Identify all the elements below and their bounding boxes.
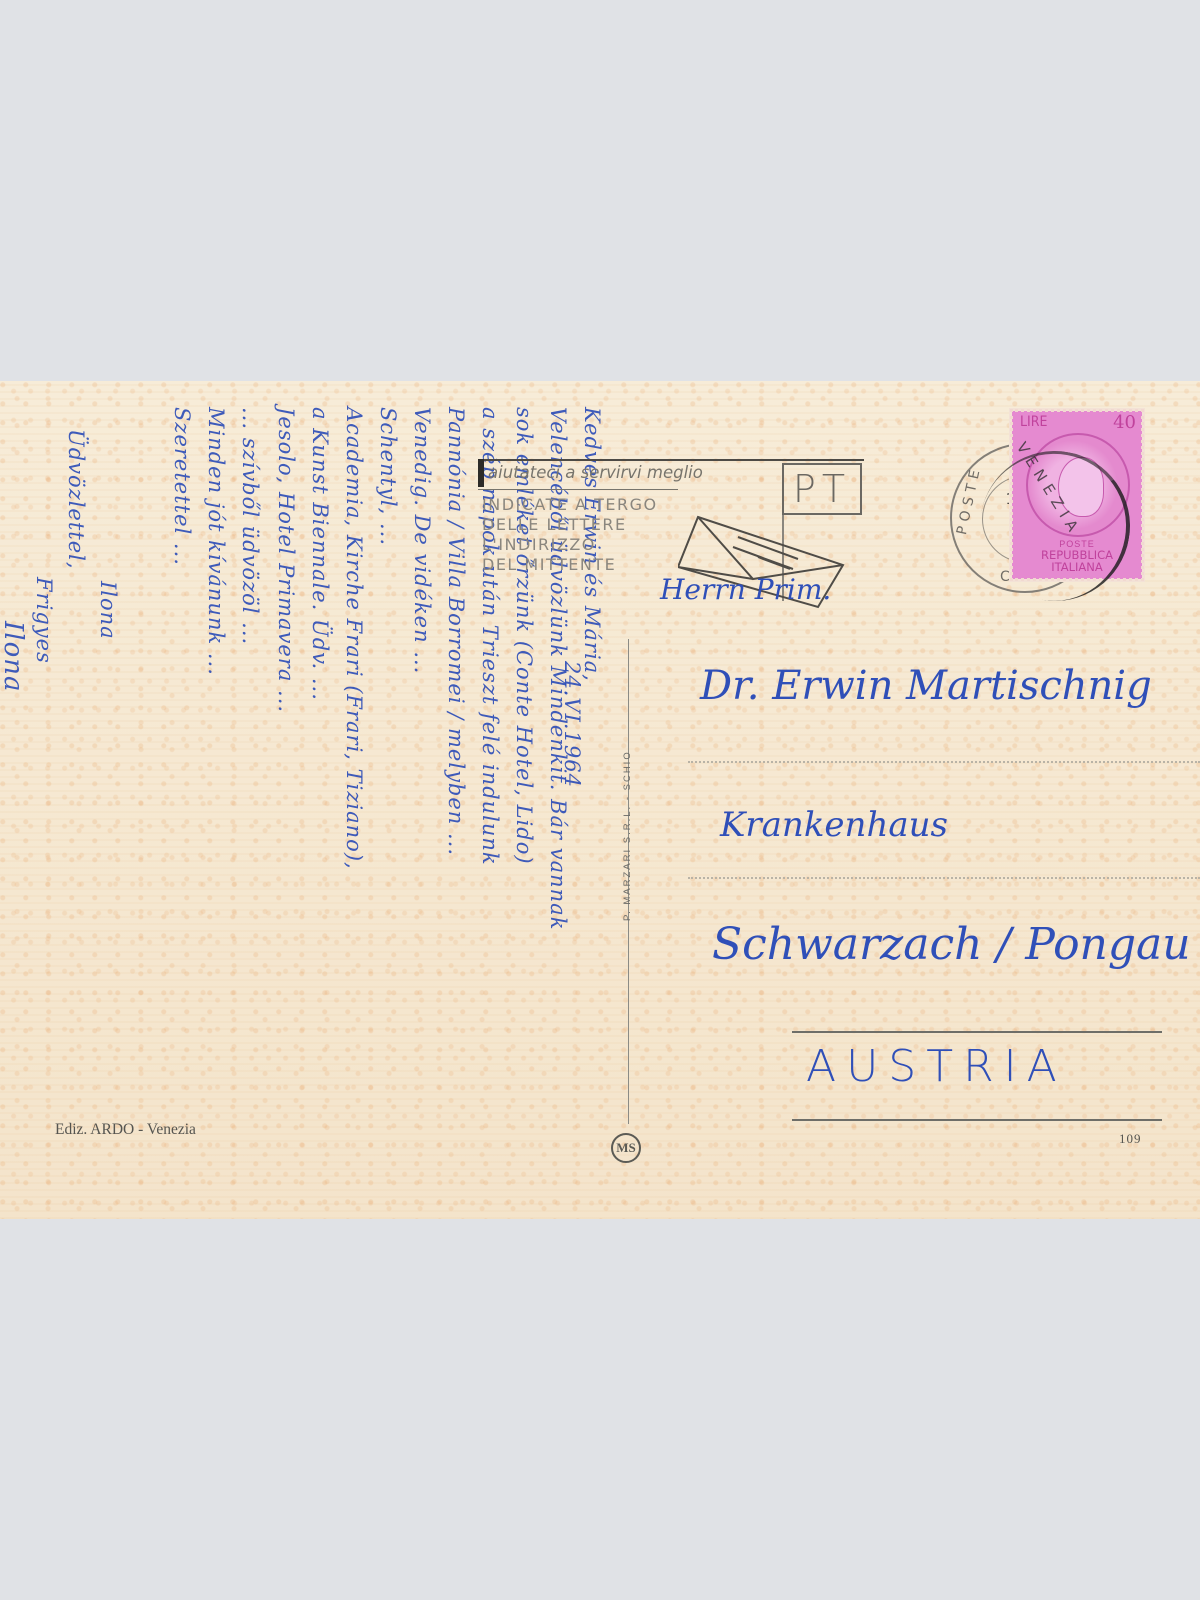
message-line: Minden jót kívánunk ... [204, 407, 228, 676]
address-line-3 [792, 1031, 1162, 1033]
message-line: Szeretettel ... [170, 407, 194, 566]
instruction-line: L'INDIRIZZO [482, 535, 658, 555]
address-city: Schwarzach / Pongau [712, 919, 1191, 970]
instruction-line: DEL MITTENTE [482, 555, 658, 575]
message-line: Pannónia / Villa Borromei / melyben ... [444, 407, 468, 856]
printer-credit: P. MARZARI S.R.L. - SCHIO [622, 750, 633, 921]
publisher-logo-icon: MS [611, 1133, 641, 1163]
address-line2: Krankenhaus [720, 805, 948, 845]
message-signature: Ilona [0, 621, 28, 693]
postcard: Kedves Erwin és Mária, 24.VI.1964 Velenc… [0, 381, 1200, 1219]
message-line: Academia, Kirche Frari (Frari, Tiziano), [342, 407, 366, 870]
instruction-line: INDICATE A TERGO [482, 495, 658, 515]
cancellation-instructions: INDICATE A TERGO DELLE LETTERE L'INDIRIZ… [482, 495, 658, 575]
message-line: a Kunst Biennale. Üdv. ... [308, 407, 332, 701]
address-name: Dr. Erwin Martischnig [700, 663, 1152, 709]
address-salutation: Herrn Prim. [660, 573, 831, 606]
stamp-currency: LIRE [1020, 414, 1047, 430]
message-closing-name: Frigyes [32, 577, 56, 664]
message-line: Schentyl, ... [376, 407, 400, 546]
slogan-underline [478, 489, 678, 490]
stamp-value: 40 [1113, 412, 1136, 433]
address-line-2 [688, 877, 1200, 879]
address-line-1 [688, 761, 1200, 763]
instruction-line: DELLE LETTERE [482, 515, 658, 535]
cancellation-frame [478, 459, 864, 461]
message-line: Venedig. De vidéken ... [410, 407, 434, 674]
cancellation-slogan: aiutateci a servirvi meglio [488, 463, 703, 482]
message-line: Jesolo, Hotel Primavera ... [274, 407, 298, 713]
message-closing: Üdvözlettel, [64, 429, 88, 570]
card-number: 109 [1119, 1131, 1142, 1147]
message-line: ... szívből üdvözöl ... [238, 407, 262, 645]
cancellation-frame-edge [478, 459, 484, 487]
message-line: Ilona [96, 581, 120, 640]
address-line-4 [792, 1119, 1162, 1121]
address-country: AUSTRIA [806, 1041, 1067, 1092]
publisher-credit: Ediz. ARDO - Venezia [55, 1121, 196, 1139]
